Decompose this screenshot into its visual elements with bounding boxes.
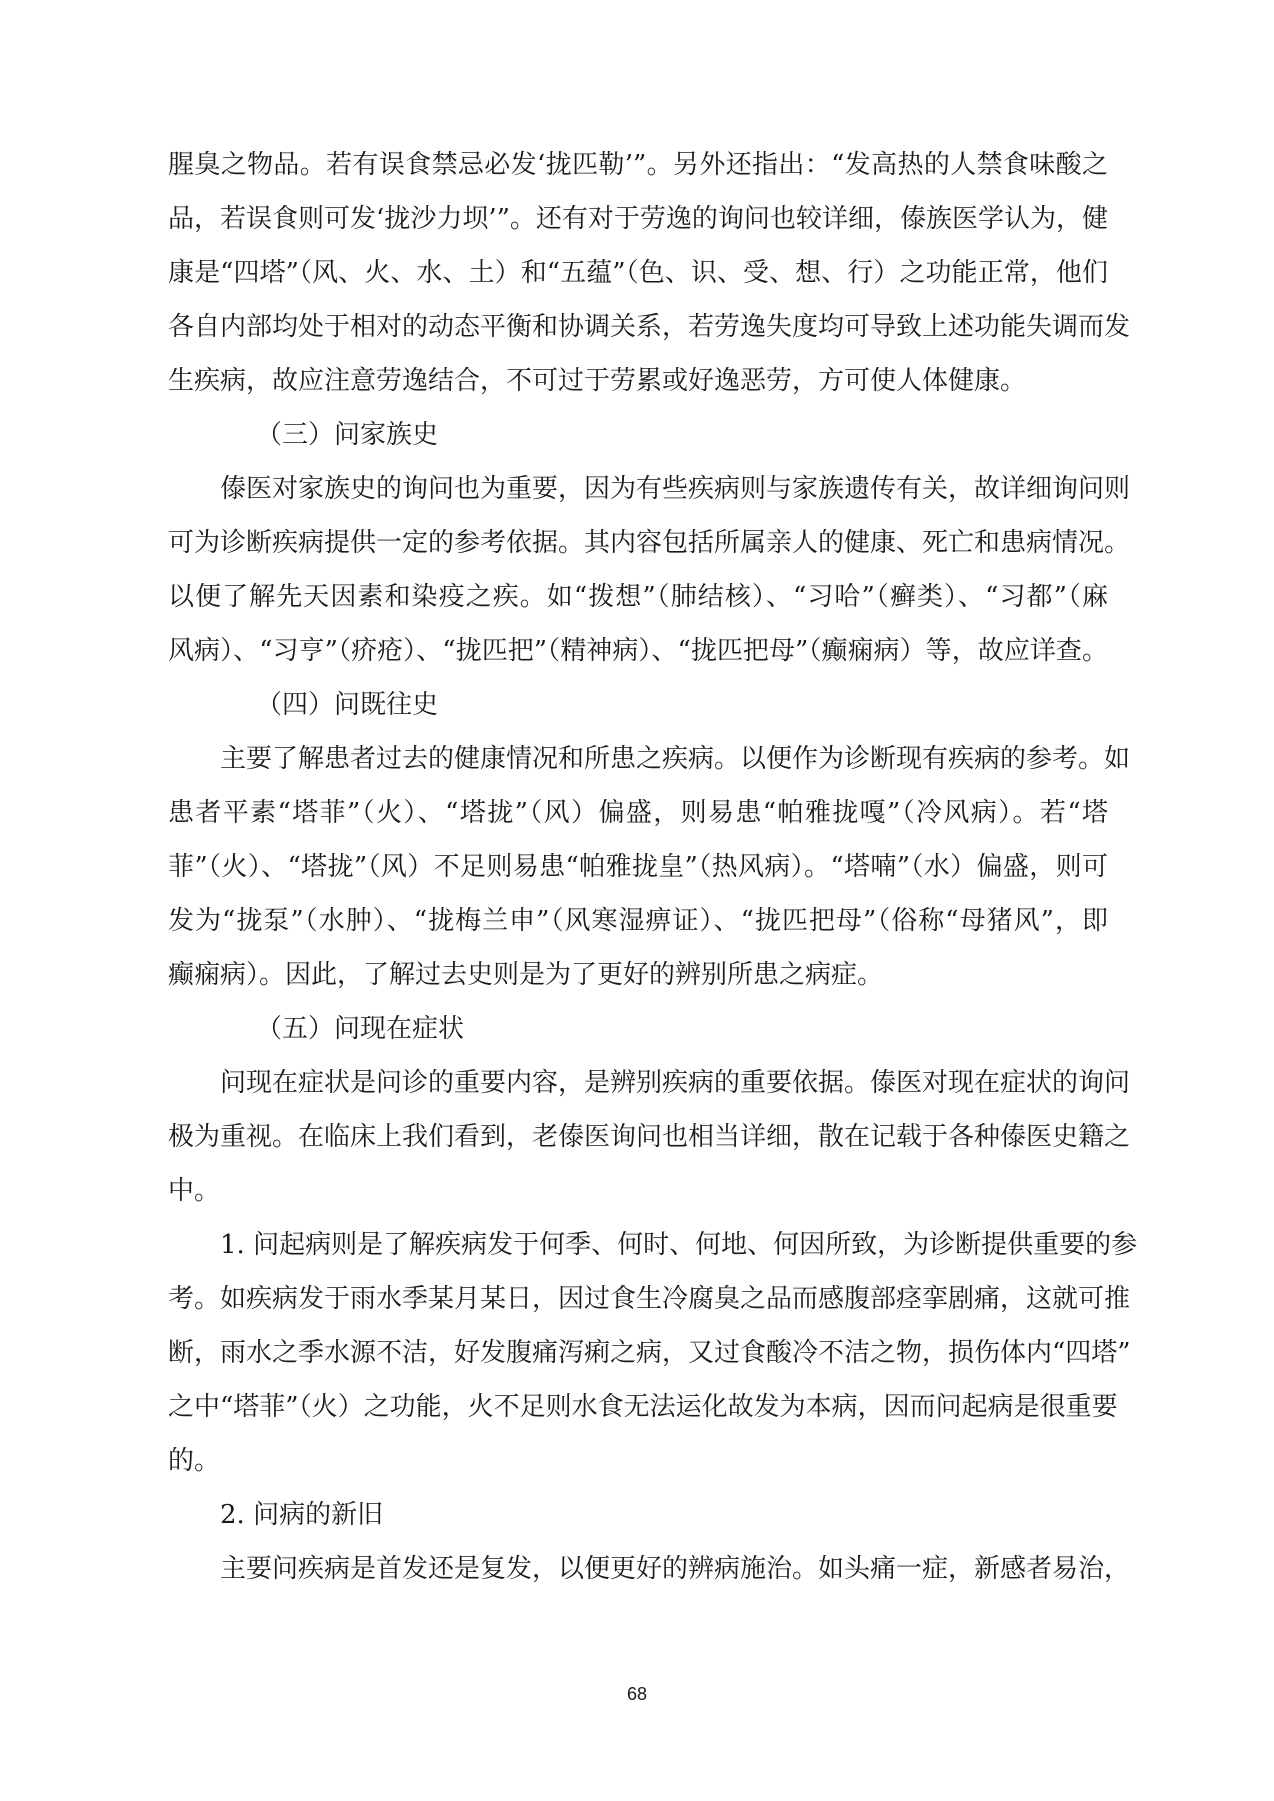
paragraph-line: 极为重视。在临床上我们看到，老傣医询问也相当详细，散在记载于各种傣医史籍之 [168,1110,1108,1164]
paragraph-line: 品，若误食则可发‘拢沙力坝’”。还有对于劳逸的询问也较详细，傣族医学认为，健 [168,192,1108,246]
paragraph-line: 可为诊断疾病提供一定的参考依据。其内容包括所属亲人的健康、死亡和患病情况。 [168,516,1108,570]
paragraph-line: 之中“塔菲”（火）之功能，火不足则水食无法运化故发为本病，因而问起病是很重要 [168,1380,1108,1434]
paragraph-line: 问现在症状是问诊的重要内容，是辨别疾病的重要依据。傣医对现在症状的询问 [168,1056,1108,1110]
section-heading-past-history: （四）问既往史 [168,678,1108,732]
paragraph-line: 康是“四塔”（风、火、水、土）和“五蕴”（色、识、受、想、行）之功能正常，他们 [168,246,1108,300]
document-page: 腥臭之物品。若有误食禁忌必发‘拢匹勒’”。另外还指出：“发高热的人禁食味酸之 品… [168,138,1108,1596]
page-number: 68 [0,1684,1274,1705]
paragraph-line: 中。 [168,1164,1108,1218]
paragraph-line: 主要了解患者过去的健康情况和所患之疾病。以便作为诊断现有疾病的参考。如 [168,732,1108,786]
paragraph-line: 癫痫病）。因此，了解过去史则是为了更好的辨别所患之病症。 [168,948,1108,1002]
paragraph-line: 患者平素“塔菲”（火）、“塔拢”（风）偏盛，则易患“帕雅拢嘎”（冷风病）。若“塔 [168,786,1108,840]
paragraph-line: 主要问疾病是首发还是复发，以便更好的辨病施治。如头痛一症，新感者易治， [168,1542,1108,1596]
paragraph-line: 断，雨水之季水源不洁，好发腹痛泻痢之病，又过食酸冷不洁之物，损伤体内“四塔” [168,1326,1108,1380]
section-heading-family-history: （三）问家族史 [168,408,1108,462]
paragraph-line: 生疾病，故应注意劳逸结合，不可过于劳累或好逸恶劳，方可使人体健康。 [168,354,1108,408]
paragraph-line: 菲”（火）、“塔拢”（风）不足则易患“帕雅拢皇”（热风病）。“塔喃”（水）偏盛，… [168,840,1108,894]
subsection-heading-new-old: 2. 问病的新旧 [168,1488,1108,1542]
paragraph-line: 以便了解先天因素和染疫之疾。如“拨想”（肺结核）、“习哈”（癣类）、“习都”（麻 [168,570,1108,624]
paragraph-line: 各自内部均处于相对的动态平衡和协调关系，若劳逸失度均可导致上述功能失调而发 [168,300,1108,354]
paragraph-line: 发为“拢泵”（水肿）、“拢梅兰申”（风寒湿痹证）、“拢匹把母”（俗称“母猪风”，… [168,894,1108,948]
paragraph-line: 风病）、“习亨”（疥疮）、“拢匹把”（精神病）、“拢匹把母”（癫痫病）等，故应详… [168,624,1108,678]
paragraph-line: 腥臭之物品。若有误食禁忌必发‘拢匹勒’”。另外还指出：“发高热的人禁食味酸之 [168,138,1108,192]
paragraph-line: 考。如疾病发于雨水季某月某日，因过食生冷腐臭之品而感腹部痉挛剧痛，这就可推 [168,1272,1108,1326]
paragraph-line: 傣医对家族史的询问也为重要，因为有些疾病则与家族遗传有关，故详细询问则 [168,462,1108,516]
paragraph-line: 的。 [168,1434,1108,1488]
section-heading-current-symptoms: （五）问现在症状 [168,1002,1108,1056]
paragraph-line: 1. 问起病则是了解疾病发于何季、何时、何地、何因所致，为诊断提供重要的参 [168,1218,1108,1272]
